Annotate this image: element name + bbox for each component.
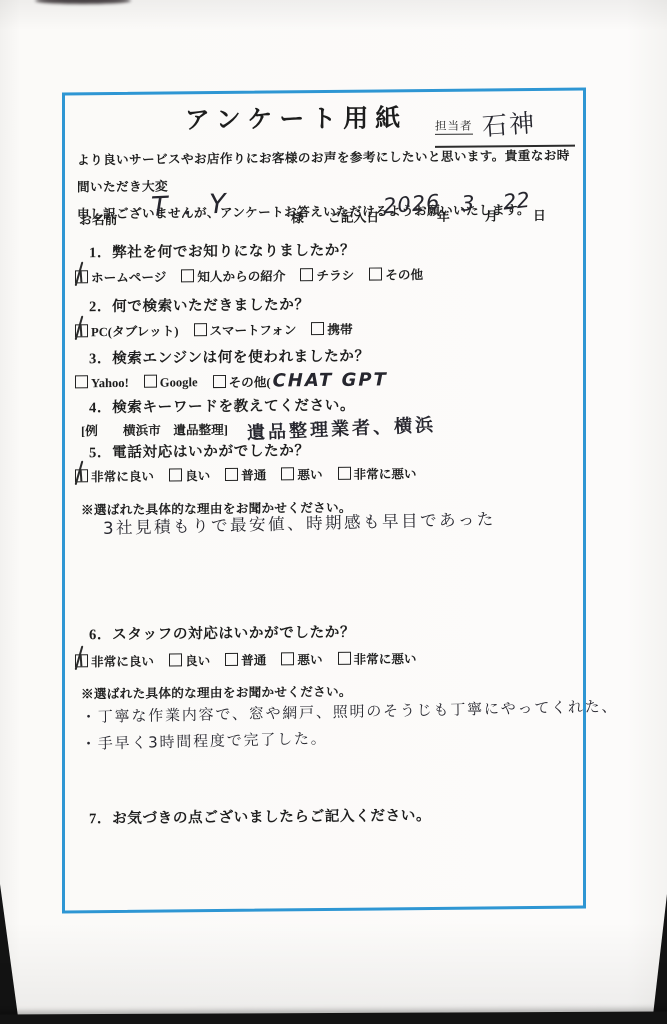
date-year-handwritten: 2026 [382,190,441,218]
question-1-options: ホームページ 知人からの紹介 チラシ その他 [75,264,423,286]
date-day-handwritten: 22 [502,188,531,215]
option-other-q1: その他 [369,264,423,284]
option-q6-normal: 普通 [225,650,266,669]
option-q6-bad: 悪い [281,649,322,668]
checkbox-q6-bad [281,652,294,665]
checkbox-pc [75,324,88,337]
year-unit: 年 [437,206,450,225]
checkbox-q5-verybad [338,467,351,480]
option-smartphone: スマートフォン [194,319,297,339]
option-q5-bad: 悪い [281,464,322,483]
question-6-reason-prompt: ※選ばれた具体的な理由をお聞かせください。 [81,681,352,703]
date-label: ご記入日 [328,206,379,225]
question-1-heading: 1．弊社を何でお知りになりましたか？ [89,239,355,263]
checkbox-mobile [311,322,324,335]
checkbox-google [144,374,157,387]
checkbox-flyer [300,268,313,281]
scanned-survey-page: アンケート用紙 担当者 石神 より良いサービスやお店作りにお客様のお声を参考にし… [0,0,667,1024]
keyword-example: [例 横浜市 遺品整理] [81,423,228,438]
option-q5-verygood: 非常に良い [75,466,154,486]
checkbox-q5-good [169,468,182,481]
question-2-options: PC(タブレット) スマートフォン 携帯 [75,319,353,341]
staff-label: 担当者 [435,121,473,135]
date-month-handwritten: 3 [461,192,474,216]
option-referral: 知人からの紹介 [181,265,285,285]
question-3-options: Yahoo! Google その他(CHAT GPT [75,369,388,393]
checkbox-q6-good [169,653,182,666]
survey-frame: アンケート用紙 担当者 石神 より良いサービスやお店作りにお客様のお声を参考にし… [62,87,586,913]
checkbox-other-engine [213,375,226,388]
question-7-blank-area [81,831,567,976]
option-flyer: チラシ [300,265,354,285]
checkbox-q5-bad [281,467,294,480]
staff-field: 担当者 石神 [435,105,575,148]
question-4-heading: 4．検索キーワードを教えてください。 [89,394,355,418]
scan-edge-bottom [0,1012,667,1024]
option-q6-verybad: 非常に悪い [338,648,417,668]
option-q5-normal: 普通 [225,465,266,484]
scan-corner-shadow-right [652,894,667,1024]
option-other-engine: その他(CHAT GPT [213,369,388,392]
option-pc: PC(タブレット) [75,320,179,340]
question-5-heading: 5．電話対応はいかがでしたか？ [89,439,310,462]
scan-artifact-top [35,0,131,4]
option-yahoo: Yahoo! [75,374,129,391]
option-google: Google [144,374,198,391]
question-5-options: 非常に良い 良い 普通 悪い 非常に悪い [75,463,417,485]
staff-name-handwritten: 石神 [480,103,536,143]
question-6-reason-2-handwritten: ・手早く3時間程度で完了した。 [81,727,328,754]
question-2-heading: 2．何で検索いただきましたか？ [89,293,310,316]
checkbox-q6-verygood [75,654,88,667]
honorific-label: 様 [291,207,304,226]
checkbox-referral [181,269,194,282]
question-7-heading: 7．お気づきの点ございましたらご記入ください。 [89,804,431,828]
name-date-row: お名前 T . Y 様 ご記入日 2026 年 3 月 22 日 [65,191,583,240]
checkbox-q6-normal [225,653,238,666]
question-3-heading: 3．検索エンジンは何を使われましたか？ [89,345,370,369]
checkbox-q6-verybad [338,652,351,665]
checkbox-homepage [75,270,88,283]
day-unit: 日 [533,205,546,224]
checkbox-smartphone [194,323,207,336]
checkbox-q5-verygood [75,469,88,482]
option-q6-verygood: 非常に良い [75,651,154,671]
question-6-heading: 6．スタッフの対応はいかがでしたか？ [89,621,355,645]
option-q6-good: 良い [169,650,210,669]
option-q5-verybad: 非常に悪い [338,463,417,483]
name-label: お名前 [79,209,117,228]
option-homepage: ホームページ [75,267,166,287]
option-mobile: 携帯 [311,319,352,338]
checkbox-yahoo [75,375,88,388]
checkbox-other-q1 [369,267,382,280]
option-q5-good: 良い [169,465,210,484]
scan-corner-shadow-left [0,884,19,1024]
name-handwritten: T . Y [150,189,230,223]
checkbox-q5-normal [225,468,238,481]
question-6-options: 非常に良い 良い 普通 悪い 非常に悪い [75,648,417,670]
search-engine-handwritten: CHAT GPT [273,369,388,391]
month-unit: 月 [485,205,498,224]
